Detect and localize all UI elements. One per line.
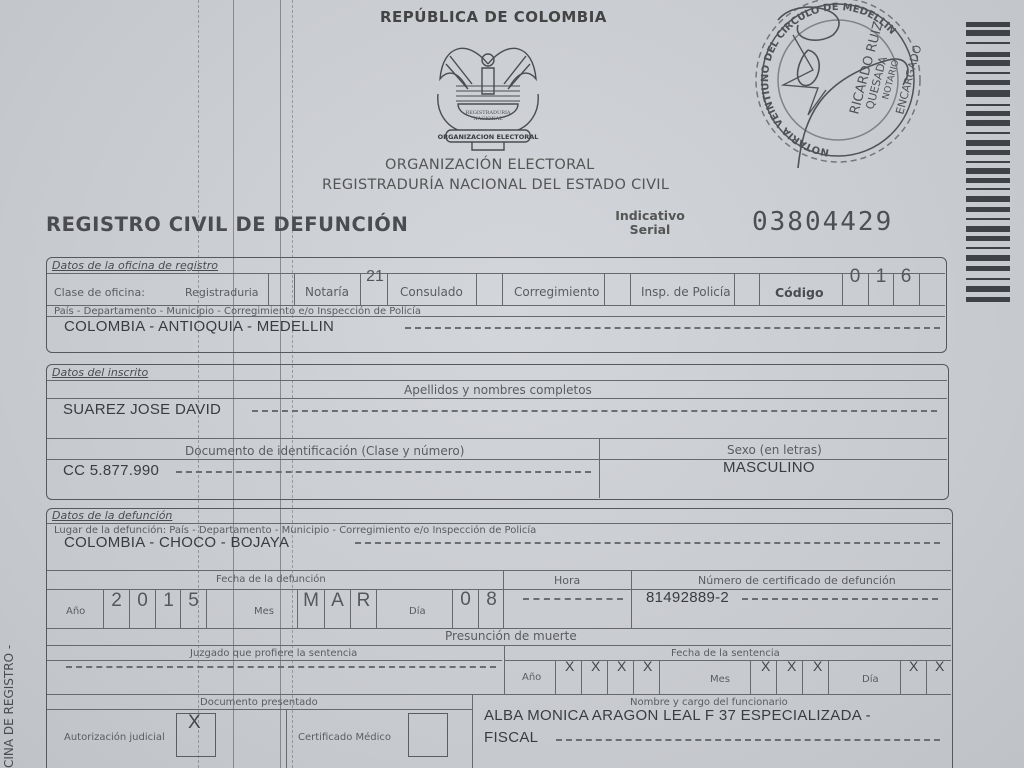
certificado-label: Número de certificado de defunción [698, 574, 896, 587]
notaria-number[interactable]: 21 [364, 268, 386, 286]
sent-mes-x[interactable]: X [813, 658, 822, 674]
defuncion-section-title: Datos de la defunción [52, 509, 172, 522]
indicativo-serial-label: Indicativo Serial [610, 209, 690, 237]
codigo-label: Código [775, 285, 824, 300]
ubicacion-label: País - Departamento - Municipio - Correg… [54, 306, 421, 317]
documento-field[interactable]: CC 5.877.990 [63, 462, 159, 479]
autorizacion-check-mark: X [188, 712, 201, 734]
option-consulado: Consulado [400, 285, 463, 299]
fecha-defuncion-label: Fecha de la defunción [216, 574, 326, 585]
fill-dashes [176, 471, 591, 473]
dia-label: Día [409, 606, 426, 617]
sent-anio-label: Año [522, 672, 541, 683]
anio-digit[interactable]: 5 [181, 590, 206, 612]
juzgado-label: Juzgado que profiere la sentencia [190, 648, 357, 659]
sexo-label: Sexo (en letras) [727, 443, 822, 457]
anio-digit[interactable]: 0 [130, 590, 155, 612]
barcode-icon [964, 20, 1014, 310]
dia-digit[interactable]: 0 [453, 589, 478, 611]
option-corregimiento: Corregimiento [514, 285, 600, 299]
juzgado-field[interactable] [66, 666, 496, 668]
sent-dia-label: Día [862, 674, 879, 685]
presuncion-label: Presunción de muerte [445, 629, 577, 643]
fill-dashes [355, 542, 940, 544]
sent-anio-x[interactable]: X [617, 658, 626, 674]
sent-mes-label: Mes [710, 674, 730, 685]
codigo-digit[interactable]: 1 [869, 266, 893, 288]
option-insp-policia: Insp. de Policía [641, 285, 731, 299]
inscrito-section-title: Datos del inscrito [52, 366, 148, 379]
codigo-digit[interactable]: 0 [843, 266, 867, 288]
fill-dashes [252, 410, 937, 412]
svg-text:ORGANIZACION ELECTORAL: ORGANIZACION ELECTORAL [438, 133, 539, 141]
funcionario-line2[interactable]: FISCAL [484, 729, 538, 746]
serial-label: Serial [610, 223, 690, 237]
notary-seal-icon: NOTARIA VEINTIUNO DEL CIRCULO DE MEDELLI… [738, 0, 938, 170]
funcionario-line1[interactable]: ALBA MONICA ARAGON LEAL F 37 ESPECIALIZA… [484, 707, 871, 724]
fill-dashes [556, 739, 940, 741]
document-title: REGISTRO CIVIL DE DEFUNCIÓN [46, 213, 408, 236]
ubicacion-field[interactable]: COLOMBIA - ANTIOQUIA - MEDELLIN [64, 318, 334, 335]
certificado-medico-label: Certificado Médico [298, 732, 391, 743]
serial-number: 03804429 [752, 207, 893, 237]
anio-digit[interactable]: 2 [104, 590, 129, 612]
mes-label: Mes [254, 606, 274, 617]
sent-anio-x[interactable]: X [591, 658, 600, 674]
fill-dashes [742, 598, 938, 600]
registry-heading: REGISTRADURÍA NACIONAL DEL ESTADO CIVIL [322, 177, 669, 193]
sexo-field[interactable]: MASCULINO [723, 459, 815, 476]
hora-field[interactable] [523, 598, 623, 600]
sent-dia-x[interactable]: X [935, 658, 944, 674]
documento-presentado-label: Documento presentado [200, 697, 318, 708]
autorizacion-judicial-label: Autorización judicial [64, 732, 165, 743]
coat-of-arms-icon: REGISTRADURIA NACIONAL ORGANIZACION ELEC… [428, 34, 548, 152]
option-notaria: Notaría [305, 285, 349, 299]
dia-digit[interactable]: 8 [479, 589, 504, 611]
mes-char[interactable]: A [325, 590, 350, 612]
indicativo-label: Indicativo [610, 209, 690, 223]
sent-anio-x[interactable]: X [643, 658, 652, 674]
codigo-digit[interactable]: 6 [894, 266, 918, 288]
sent-mes-x[interactable]: X [761, 658, 770, 674]
registraduria-checkbox[interactable] [270, 274, 290, 304]
fill-dashes [405, 327, 940, 329]
anio-label: Año [66, 606, 85, 617]
anio-digit[interactable]: 1 [156, 590, 181, 612]
hora-label: Hora [554, 574, 580, 587]
nombres-field[interactable]: SUAREZ JOSE DAVID [63, 401, 221, 418]
side-margin-text: CINA DE REGISTRO - [2, 645, 16, 768]
sent-dia-x[interactable]: X [909, 658, 918, 674]
certificado-field[interactable]: 81492889-2 [646, 589, 729, 606]
sent-anio-x[interactable]: X [565, 658, 574, 674]
mes-char[interactable]: R [351, 590, 376, 612]
certificado-medico-checkbox[interactable] [408, 713, 448, 757]
republic-heading: REPÚBLICA DE COLOMBIA [380, 8, 607, 26]
mes-char[interactable]: M [298, 590, 324, 612]
oficina-section-title: Datos de la oficina de registro [52, 259, 218, 272]
sent-mes-x[interactable]: X [787, 658, 796, 674]
nombres-label: Apellidos y nombres completos [404, 383, 592, 397]
clase-oficina-label: Clase de oficina: [54, 286, 145, 299]
documento-label: Documento de identificación (Clase y núm… [185, 444, 464, 458]
svg-text:NACIONAL: NACIONAL [473, 116, 503, 122]
option-registraduria: Registraduria [185, 286, 259, 299]
organization-heading: ORGANIZACIÓN ELECTORAL [385, 157, 595, 173]
lugar-field[interactable]: COLOMBIA - CHOCO - BOJAYA [64, 534, 289, 551]
